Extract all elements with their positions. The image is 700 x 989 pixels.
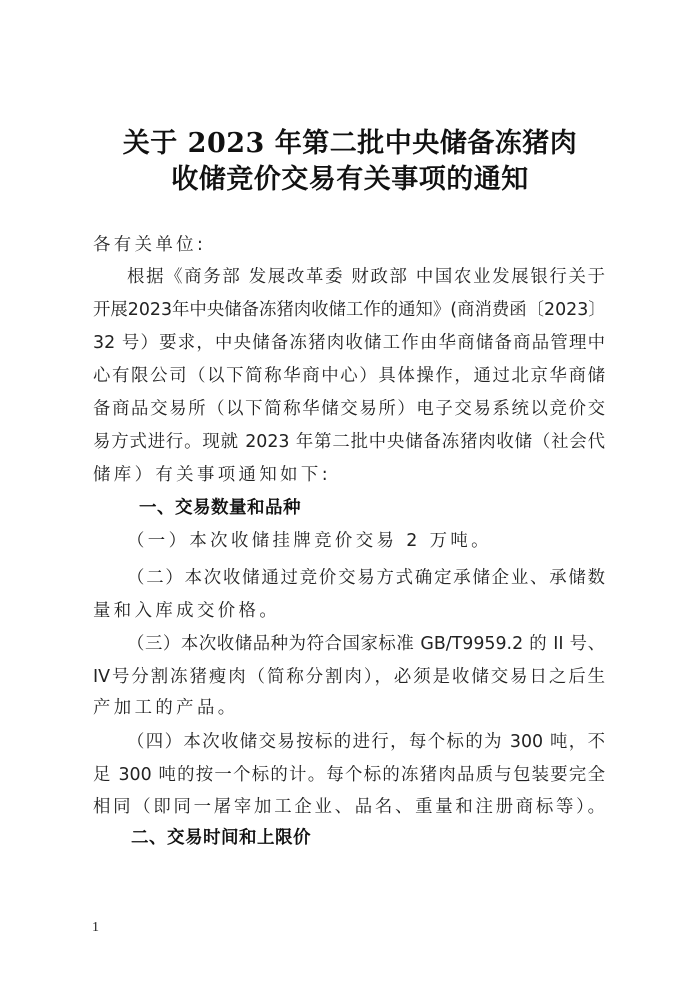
- item-3-line: （三）本次收储品种为符合国家标准 GB/T9959.2 的 II 号、: [127, 628, 605, 661]
- item-2-line: （二）本次收储通过竞价交易方式确定承储企业、承储数: [127, 562, 605, 595]
- intro-paragraph-line: 储库）有关事项通知如下:: [93, 459, 605, 492]
- intro-paragraph-line: 易方式进行。现就 2023 年第二批中央储备冻猪肉收储（社会代: [93, 426, 605, 459]
- item-4-line: 足 300 吨的按一个标的计。每个标的冻猪肉品质与包装要完全: [93, 759, 605, 792]
- document-page: 关于 2023 年第二批中央储备冻猪肉 收储竞价交易有关事项的通知 各有关单位:…: [0, 0, 700, 989]
- section-heading-2: 二、交易时间和上限价: [131, 822, 311, 855]
- section-heading-1: 一、交易数量和品种: [139, 492, 301, 525]
- item-3-line: 产加工的产品。: [93, 692, 605, 725]
- item-2-line: 量和入库成交价格。: [93, 595, 605, 628]
- intro-paragraph-line: 根据《商务部 发展改革委 财政部 中国农业发展银行关于: [127, 261, 605, 294]
- item-1-line: （一）本次收储挂牌竞价交易 2 万吨。: [127, 525, 605, 558]
- page-number: 1: [92, 920, 99, 936]
- intro-paragraph-line: 备商品交易所（以下简称华储交易所）电子交易系统以竞价交: [93, 393, 605, 426]
- item-4-line: （四）本次收储交易按标的进行，每个标的为 300 吨，不: [127, 726, 605, 759]
- document-title-line-2: 收储竞价交易有关事项的通知: [0, 163, 700, 197]
- intro-paragraph-line: 开展2023年中央储备冻猪肉收储工作的通知》(商消费函〔2023〕: [93, 294, 605, 327]
- intro-paragraph-line: 32 号）要求，中央储备冻猪肉收储工作由华商储备商品管理中: [93, 327, 605, 360]
- intro-paragraph-line: 心有限公司（以下简称华商中心）具体操作，通过北京华商储: [93, 360, 605, 393]
- document-title-line-1: 关于 2023 年第二批中央储备冻猪肉: [0, 127, 700, 161]
- salutation: 各有关单位:: [93, 229, 605, 262]
- item-4-line: 相同（即同一屠宰加工企业、品名、重量和注册商标等）。: [93, 791, 605, 824]
- item-3-line: IV号分割冻猪瘦肉（简称分割肉），必须是收储交易日之后生: [93, 661, 605, 694]
